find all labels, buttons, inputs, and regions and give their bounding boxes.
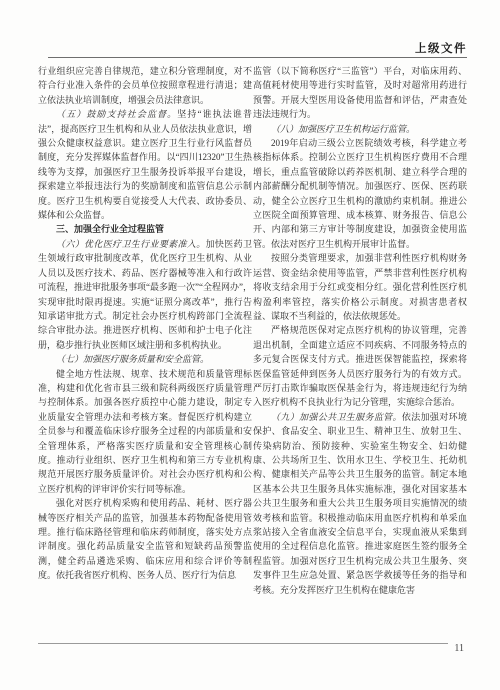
right-column: 监管（以下简称医疗“三监管”）平台，对临床用药、高值耗材使用等进行实时监管，及时… (253, 64, 467, 642)
paragraph: 健全地方性法规、规章、技术规范和质量管理标准，构建和优化省市县三级和院科两级医疗… (38, 367, 252, 497)
paragraph-text: 加快医药卫生领域行政审批制度改革，优化医疗卫生机构、从业人员以及医疗技术、药品、… (38, 239, 252, 350)
clause-heading: （六）优化医疗卫生行业要素准入。 (56, 239, 206, 249)
page-number: 11 (454, 643, 464, 654)
clause-paragraph: （七）加强医疗服务质量和安全监管。 (38, 352, 252, 366)
section-heading-paragraph: 三、加强全行业全过程监管 (38, 222, 252, 236)
paragraph-text: 坚持“谁执法谁普法”，提高医疗卫生机构和从业人员依法执业意识，增强公众健康权益意… (38, 109, 252, 220)
clause-heading: （九）加强公共卫生服务监管。 (271, 412, 402, 422)
paragraph-continuation: 监管（以下简称医疗“三监管”）平台，对临床用药、高值耗材使用等进行实时监管，及时… (253, 64, 467, 122)
clause-heading: （五）鼓励支持社会监督。 (56, 109, 177, 119)
section-heading: 三、加强全行业全过程监管 (56, 224, 164, 234)
clause-heading: （七）加强医疗服务质量和安全监管。 (56, 354, 209, 364)
paragraph: 强化对医疗机构采购和使用药品、耗材、医疗器械等医疗相关产品的监管，加强基本药物配… (38, 496, 252, 582)
page-footer: 11 (0, 635, 500, 690)
paragraph: 按照分类管理要求，加强非营利性医疗机构财务运营、资金结余使用等监管，严禁非营利性… (253, 251, 467, 323)
paragraph: 2019年启动三级公立医院绩效考核，科学建立考核指标体系。控制公立医疗卫生机构医… (253, 136, 467, 251)
footer-rule (38, 643, 448, 644)
page-header: 上级文件 (0, 0, 500, 58)
paragraph: 严格规范医保对定点医疗机构的协议管理，完善退出机制，全面建立适应不同疾病、不同服… (253, 323, 467, 409)
clause-paragraph: （八）加强医疗卫生机构运行监管。 (253, 122, 467, 136)
paragraph-continuation: 行业组织应完善自律规范，建立积分管理制度，对不符合行业准入条件的会员单位按照章程… (38, 64, 252, 107)
clause-paragraph: （九）加强公共卫生服务监管。依法加强对环境保护、食品安全、职业卫生、精神卫生、放… (253, 410, 467, 597)
left-column: 行业组织应完善自律规范，建立积分管理制度，对不符合行业准入条件的会员单位按照章程… (38, 64, 252, 642)
paragraph-text: 依法加强对环境保护、食品安全、职业卫生、精神卫生、放射卫生、传染病防治、预防接种… (253, 412, 467, 595)
header-section-label: 上级文件 (415, 40, 467, 56)
clause-heading: （八）加强医疗卫生机构运行监管。 (271, 124, 415, 134)
clause-paragraph: （六）优化医疗卫生行业要素准入。加快医药卫生领域行政审批制度改革，优化医疗卫生机… (38, 237, 252, 352)
header-rule (48, 57, 467, 58)
clause-paragraph: （五）鼓励支持社会监督。坚持“谁执法谁普法”，提高医疗卫生机构和从业人员依法执业… (38, 107, 252, 222)
document-body: 行业组织应完善自律规范，建立积分管理制度，对不符合行业准入条件的会员单位按照章程… (38, 64, 467, 642)
